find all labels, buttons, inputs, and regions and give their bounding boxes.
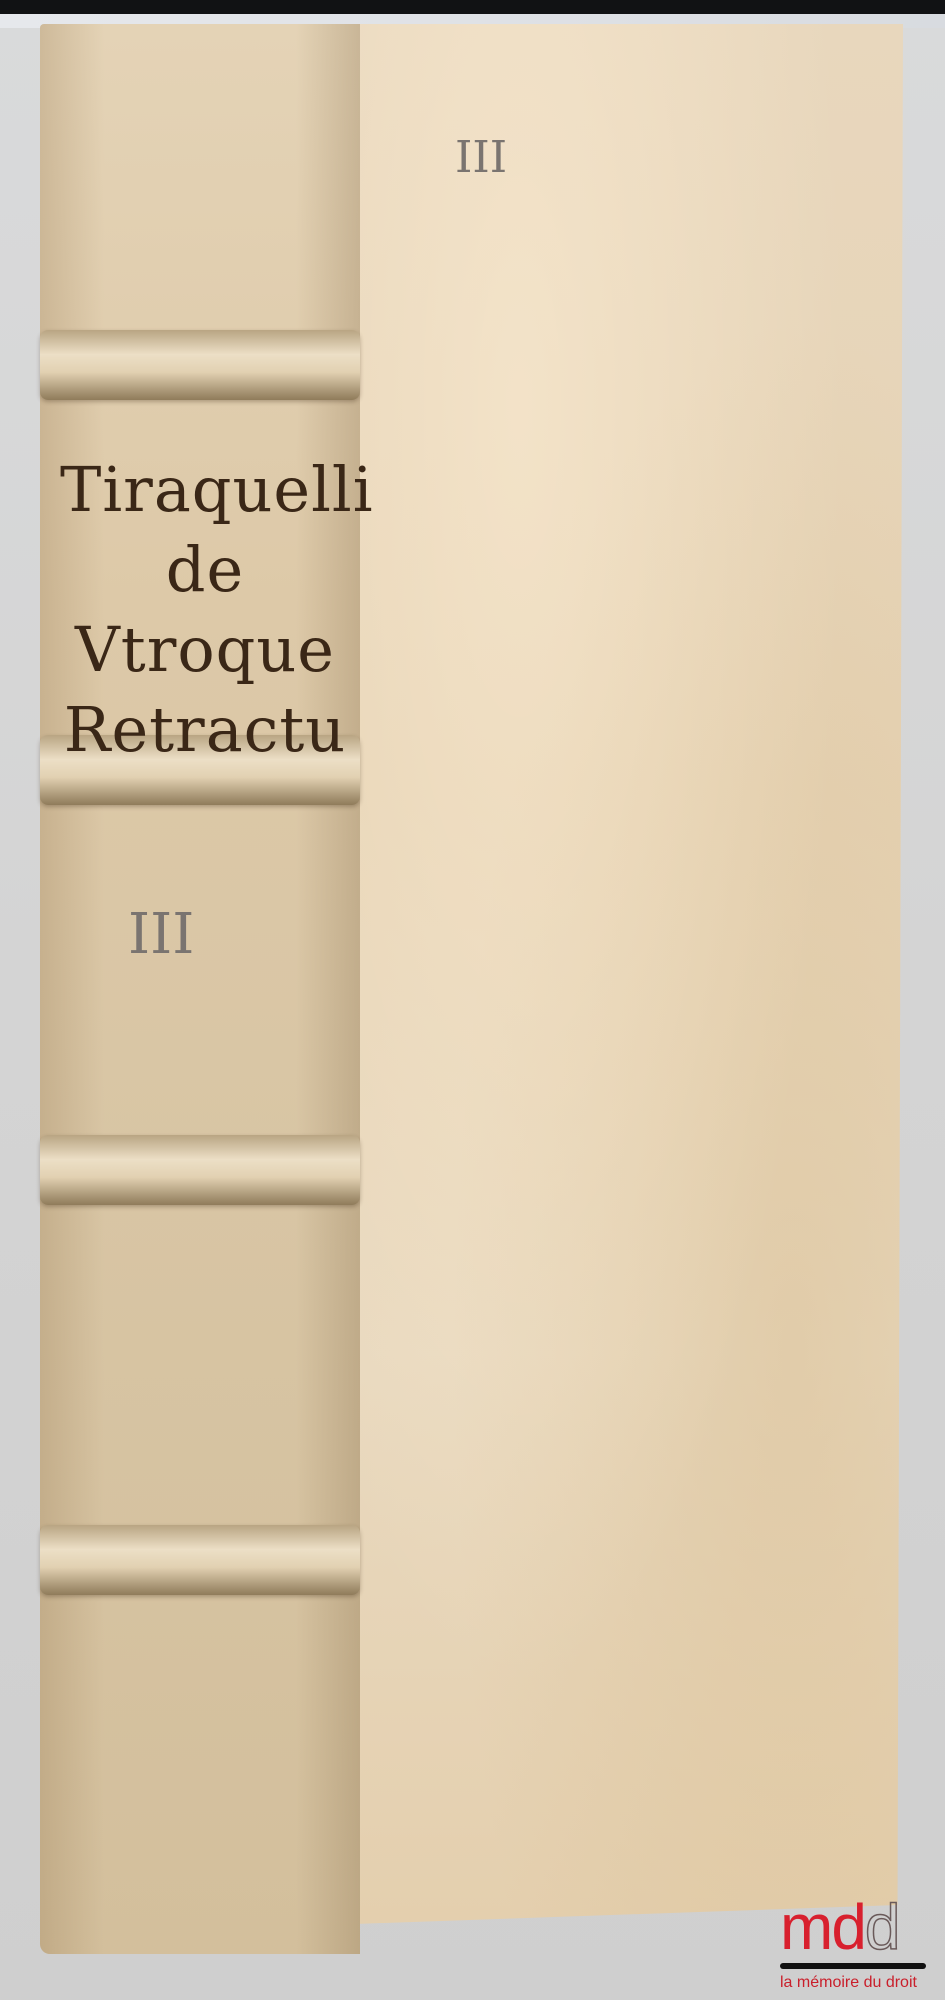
spine-title-line: Vtroque — [60, 610, 350, 690]
cover-volume-mark: III — [455, 132, 507, 183]
spine-band-4 — [40, 1525, 360, 1595]
spine-title-line: de — [60, 530, 350, 610]
mdd-logo: mdd la mémoire du droit — [780, 1895, 940, 1992]
spine-band-1 — [40, 330, 360, 400]
spine-volume-mark: III — [128, 902, 194, 967]
spine-title-line: Retractu — [60, 690, 350, 770]
book-cover — [355, 24, 903, 1924]
logo-outline-letter: d — [865, 1891, 899, 1963]
logo-tagline: la mémoire du droit — [780, 1974, 940, 1992]
spine-title: Tiraquelli de Vtroque Retractu — [60, 450, 350, 770]
spine-title-line: Tiraquelli — [60, 450, 350, 530]
logo-underline — [780, 1963, 926, 1969]
background-dark-strip — [0, 0, 945, 14]
logo-wordmark: mdd — [780, 1895, 940, 1959]
logo-initials: md — [780, 1891, 865, 1963]
spine-band-3 — [40, 1135, 360, 1205]
book-spine — [40, 24, 360, 1954]
